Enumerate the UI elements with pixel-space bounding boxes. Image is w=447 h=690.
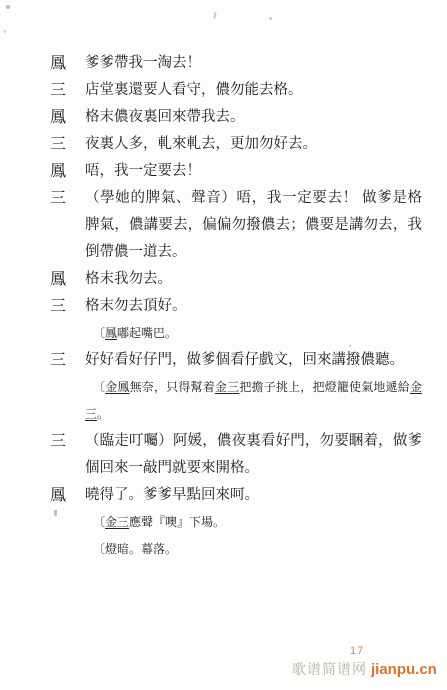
- dialogue-text: （臨走叮囑）阿媛，儂夜裏看好門，勿要睏着，做爹個回來一敲門就要來開格。: [85, 428, 422, 482]
- dialogue-text: 夜裏人多，軋來軋去，更加勿好去。: [85, 131, 422, 158]
- dialogue-entry: 鳳爹爹帶我一淘去！: [50, 50, 422, 77]
- dialogue-entry: 鳳格末儂夜裏回來帶我去。: [50, 104, 422, 131]
- scan-speck: [213, 12, 216, 19]
- dialogue-entry: 三（臨走叮囑）阿媛，儂夜裏看好門，勿要睏着，做爹個回來一敲門就要來開格。: [50, 428, 422, 482]
- dialogue-entry: 鳳曉得了。爹爹早點回來呵。: [50, 482, 422, 509]
- dialogue-entry: 三（學她的脾氣、聲音）唔，我一定要去！ 做爹是格脾氣，儂講要去，偏偏勿撥儂去；儂…: [50, 185, 422, 266]
- proper-name-mark: 金三: [105, 515, 129, 529]
- dialogue-text: 好好看好仔門，做爹個看仔戲文，回來講撥儂聽。: [85, 347, 422, 374]
- stage-direction: 〔金三應聲『噢』下場。: [85, 509, 422, 536]
- speaker-label: 鳳: [50, 158, 85, 185]
- speaker-label: 鳳: [50, 482, 85, 509]
- speaker-label: 三: [50, 293, 85, 320]
- dialogue-entry: 鳳唔，我一定要去！: [50, 158, 422, 185]
- page-number: 17: [350, 645, 364, 657]
- proper-name-mark: 金三: [85, 380, 422, 421]
- dialogue-text: 店堂裏還要人看守，儂勿能去格。: [85, 77, 422, 104]
- dialogue-text: 格末儂夜裏回來帶我去。: [85, 104, 422, 131]
- scan-speck: [6, 5, 10, 9]
- scan-speck: [4, 30, 6, 33]
- script-page: 鳳爹爹帶我一淘去！三店堂裏還要人看守，儂勿能去格。鳳格末儂夜裏回來帶我去。三夜裏…: [0, 0, 447, 690]
- dialogue-entry: 三好好看好仔門，做爹個看仔戲文，回來講撥儂聽。: [50, 347, 422, 374]
- watermark-site-url: jianpu.cn: [371, 661, 437, 678]
- stage-direction: 〔燈暗。幕落。: [85, 536, 422, 563]
- dialogue-entry: 三店堂裏還要人看守，儂勿能去格。: [50, 77, 422, 104]
- speaker-label: 三: [50, 77, 85, 104]
- watermark: 歌谱简谱网jianpu.cn: [292, 659, 437, 679]
- dialogue-text: （學她的脾氣、聲音）唔，我一定要去！ 做爹是格脾氣，儂講要去，偏偏勿撥儂去；儂要…: [85, 185, 422, 266]
- stage-direction: 〔金鳳無奈，只得幫着金三把擔子挑上，把燈籠使氣地遞給金三。: [85, 374, 422, 428]
- dialogue-text: 爹爹帶我一淘去！: [85, 50, 422, 77]
- proper-name-mark: 金三: [215, 380, 239, 394]
- watermark-site-name: 歌谱简谱网: [292, 661, 367, 677]
- dialogue-entry: 鳳格末我勿去。: [50, 266, 422, 293]
- speaker-label: 鳳: [50, 266, 85, 293]
- speaker-label: 三: [50, 131, 85, 158]
- script-entries: 鳳爹爹帶我一淘去！三店堂裏還要人看守，儂勿能去格。鳳格末儂夜裏回來帶我去。三夜裏…: [50, 50, 422, 563]
- scan-speck: [269, 17, 272, 20]
- dialogue-text: 格末我勿去。: [85, 266, 422, 293]
- scan-speck: [54, 510, 57, 516]
- proper-name-mark: 鳳: [105, 326, 117, 340]
- scan-speck: [349, 345, 351, 347]
- dialogue-text: 曉得了。爹爹早點回來呵。: [85, 482, 422, 509]
- speaker-label: 三: [50, 347, 85, 374]
- dialogue-entry: 三夜裏人多，軋來軋去，更加勿好去。: [50, 131, 422, 158]
- dialogue-text: 唔，我一定要去！: [85, 158, 422, 185]
- speaker-label: 三: [50, 428, 85, 482]
- speaker-label: 三: [50, 185, 85, 266]
- proper-name-mark: 金鳳: [105, 380, 129, 394]
- stage-direction: 〔鳳嘟起嘴巴。: [85, 320, 422, 347]
- dialogue-entry: 三格末勿去頂好。: [50, 293, 422, 320]
- dialogue-text: 格末勿去頂好。: [85, 293, 422, 320]
- speaker-label: 鳳: [50, 50, 85, 77]
- speaker-label: 鳳: [50, 104, 85, 131]
